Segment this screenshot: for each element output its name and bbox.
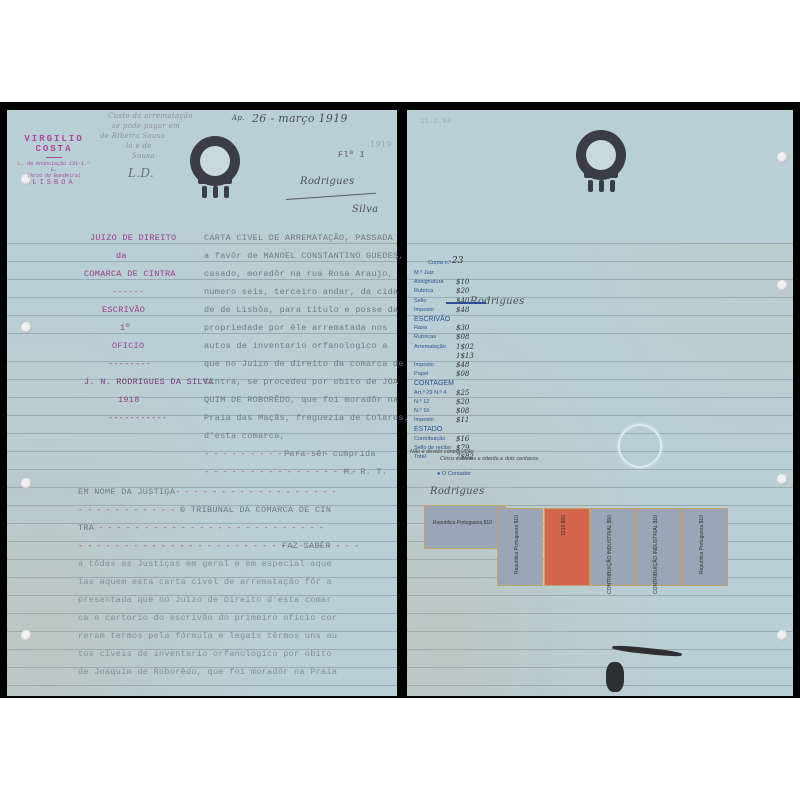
paragraph-text-line: las aquem esta carta civel de arremataçã… — [78, 577, 332, 587]
fee-label: Sello — [414, 298, 426, 304]
body-text-line: CARTA CIVEL DE ARREMATAÇÃO, PASSADA — [204, 233, 393, 243]
punch-hole — [21, 630, 32, 641]
punch-hole — [21, 478, 32, 489]
tax-stamp: CONTRIBUIÇÃO INDUSTRIAL $10 — [636, 508, 682, 586]
fee-label: Rasa — [414, 325, 427, 331]
year-label: 1918 — [118, 395, 140, 405]
tax-seal-emblem — [570, 124, 632, 196]
handwritten-note-line: Custo da arrematação — [108, 112, 193, 120]
fee-value: $20 — [456, 398, 469, 406]
separator: ------ — [112, 287, 144, 297]
stamp-label: Republica Portugueza $10 — [433, 520, 492, 526]
tax-stamp: Republica Portugueza $10 — [424, 505, 506, 549]
clerk-name: J. N. RODRIGUES DA SILVA — [84, 377, 214, 387]
handwritten-date: 26 - março 1919 — [252, 112, 348, 125]
body-text-line: d'esta comarca, — [204, 431, 285, 441]
handwritten-note-line: de Ribeira Sousa — [100, 132, 165, 140]
fee-label: N.º 12 — [414, 399, 429, 405]
fee-value: $25 — [456, 389, 469, 397]
signature-silva: Silva — [352, 204, 378, 215]
formula-line: TRA — [78, 523, 94, 533]
punch-hole — [777, 152, 788, 163]
separator: ----------- — [108, 413, 167, 423]
fee-value: 1$13 — [456, 352, 474, 360]
formula-line: EM NOME DA JUSTIÇA — [78, 487, 175, 497]
stamp-label: CONTRIBUIÇÃO INDUSTRIAL $50 — [607, 515, 613, 594]
fee-value: $16 — [456, 435, 469, 443]
paragraph-text-line: ca e cartorio do escrivão do primeiro of… — [78, 613, 337, 623]
fee-label: Arrematação — [414, 344, 446, 350]
fee-label: Rubricas — [414, 334, 436, 340]
stationer-stamp: VIRGILIO COSTA L. da Anunciação 131-1.º … — [14, 134, 94, 187]
paragraph-text-line: reram termos pela fórmula e legais têrmo… — [78, 631, 337, 641]
stationer-name: VIRGILIO COSTA — [14, 134, 94, 154]
body-text-line: numero seis, terceiro andar, da cida — [204, 287, 398, 297]
filler-dashes: - - - - - - - - - - - - - - - - - — [204, 467, 356, 477]
fee-label: ESTADO — [414, 426, 442, 433]
tax-stamp: 1918 $50 — [544, 508, 590, 586]
fee-value: $08 — [456, 370, 469, 378]
paragraph-text-line: a tôdas as Justiças em geral e em especi… — [78, 559, 332, 569]
district-label: COMARCA DE CINTRA — [84, 269, 176, 279]
fee-label: Rubrica — [414, 288, 433, 294]
fee-value: $30 — [456, 324, 469, 332]
contador-label: ● O Contador — [437, 471, 471, 477]
embossed-seal — [618, 424, 662, 468]
handwritten-remark: Não é devido contribuição — [410, 449, 474, 455]
punch-hole — [777, 630, 788, 641]
filler-dashes: - - - - - - - - - - - - — [78, 505, 184, 515]
fee-value: $08 — [456, 333, 469, 341]
court-of: da — [116, 251, 127, 261]
fee-label: Imposto — [414, 307, 434, 313]
body-text-line: propriedade por êle arrematada nos — [204, 323, 388, 333]
fee-label: CONTAGEM — [414, 380, 454, 387]
fee-value: $11 — [456, 416, 469, 424]
tax-stamp: Republica Portugueza $10 — [682, 508, 728, 586]
clerk-label: ESCRIVÃO — [102, 305, 145, 315]
account-title: Conta n.º — [428, 260, 451, 266]
office-label: OFICIO — [112, 341, 144, 351]
arrow-icon — [46, 157, 62, 158]
body-text-line: casado, moradôr na rua Rosa Araujo, — [204, 269, 393, 279]
punch-hole — [21, 322, 32, 333]
body-text-line: que no Juizo de direito da comarca de — [204, 359, 404, 369]
pencil-year: 1919 — [370, 140, 392, 149]
body-text-line: autos de inventario orfanologico a — [204, 341, 388, 351]
handwritten-remark: Cinco escudos e oitenta e dois centavos — [440, 456, 538, 462]
fee-label: N.º 16 — [414, 408, 429, 414]
fee-value: $48 — [456, 361, 469, 369]
separator: -------- — [108, 359, 151, 369]
handwritten-note-line: lá e de — [126, 142, 152, 150]
fee-label: Assignatura — [414, 279, 444, 285]
office-number: 1º — [120, 323, 131, 333]
fee-value: $20 — [456, 287, 469, 295]
punch-hole — [777, 280, 788, 291]
stationer-address: L. da Anunciação 131-1.º E. — [14, 161, 94, 173]
fee-label: Imposto — [414, 417, 434, 423]
folio-number: Flª I — [338, 150, 365, 160]
formula-line: FAZ SABÊR — [282, 541, 331, 551]
pencil-note: 11.2.04 — [420, 118, 452, 126]
body-text-line: QUIM DE ROBORÊDO, que foi moradôr na — [204, 395, 398, 405]
stamp-label: CONTRIBUIÇÃO INDUSTRIAL $10 — [653, 515, 659, 594]
account-number: 23 — [452, 256, 463, 266]
fee-label: Art.º 29 N.º 4 — [414, 390, 446, 396]
closing-line: Para sêr cumprida — [284, 449, 376, 459]
tax-seal-emblem — [184, 130, 246, 202]
tax-stamp: CONTRIBUIÇÃO INDUSTRIAL $50 — [590, 508, 636, 586]
contador-signature: Rodrigues — [430, 486, 485, 497]
fee-label: Papel — [414, 371, 428, 377]
fee-label: ESCRIVÃO — [414, 316, 450, 323]
fee-label: Contribuição — [414, 436, 445, 442]
body-text-line: a favôr de MANOEL CONSTANTINO GUEDES, — [204, 251, 404, 261]
stamp-label: Republica Portugueza $10 — [699, 515, 705, 574]
paragraph-text-line: tos civeis de inventario orfanologico po… — [78, 649, 332, 659]
closing-initials: M. R. T. — [344, 467, 387, 477]
fee-label: Imposto — [414, 362, 434, 368]
stationer-city: LISBOA — [14, 179, 94, 187]
body-text-line: de de Lisbôa, para titulo e posse da — [204, 305, 398, 315]
body-text-line: Praia das Maçãs, freguezia de Colares, — [204, 413, 409, 423]
handwritten-note-line: Sousa — [132, 152, 155, 160]
court-label: JUIZO DE DIREITO — [90, 233, 176, 243]
stamp-label: 1918 $50 — [561, 515, 567, 536]
filler-dashes: - - - - - - - - - - - - - - - - - - - - … — [98, 523, 323, 533]
paragraph-text-line: de Joaquim de Roborêdo, que foi moradôr … — [78, 667, 337, 677]
paragraph-text-line: presentada que no Juizo de Direito d'est… — [78, 595, 332, 605]
filler-dashes: - - - - - - - - - - - - - - - - - - - — [166, 487, 336, 497]
fee-value: $10 — [456, 278, 469, 286]
handwritten-note-line: se pode pagar em — [112, 122, 180, 130]
ink-blot — [606, 662, 624, 692]
fee-value: $08 — [456, 407, 469, 415]
fee-value: 1$02 — [456, 343, 474, 351]
fee-label: M.º Juiz — [414, 270, 434, 276]
date-prefix: Ap. — [232, 114, 245, 122]
body-text-line: Cintra, se procedeu por obito de JOA — [204, 377, 398, 387]
fee-value: $48 — [456, 306, 469, 314]
tax-stamp: Republica Portugueza $10 — [497, 508, 543, 586]
punch-hole — [777, 474, 788, 485]
initial-signature: L.D. — [128, 166, 154, 180]
formula-line: O TRIBUNAL DA COMARCA DE CIN — [180, 505, 331, 515]
stamp-label: Republica Portugueza $10 — [514, 515, 520, 574]
ink-stroke — [446, 302, 486, 304]
signature-rodrigues: Rodrigues — [300, 176, 355, 187]
